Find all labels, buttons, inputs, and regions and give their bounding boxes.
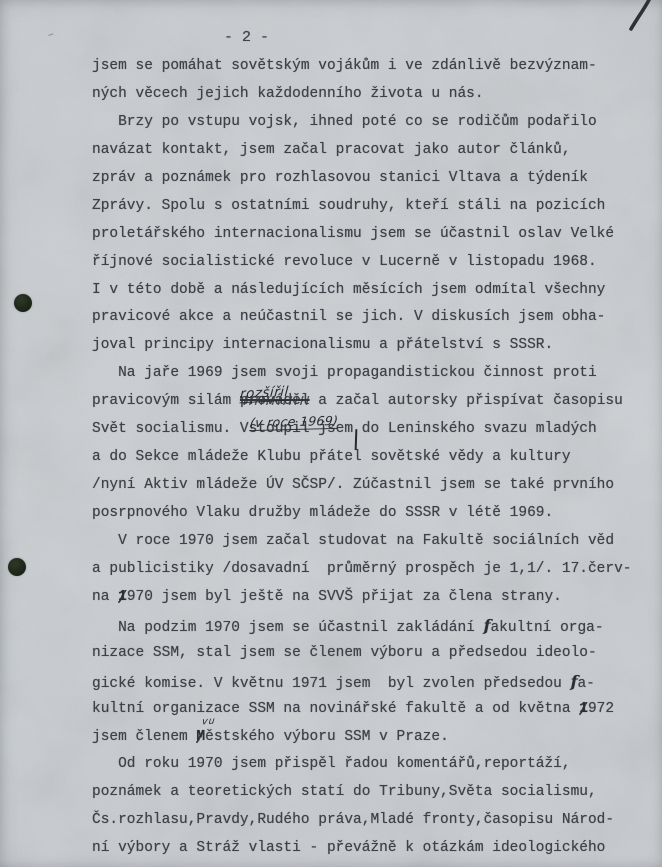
typed-line: V roce 1970 jsem začal studovat na Fakul… bbox=[92, 528, 644, 556]
typed-line: a publicistiky /dosavadní průměrný prosp… bbox=[92, 556, 644, 584]
typed-line: posrpnového Vlaku družby mládeže do SSSR… bbox=[92, 500, 644, 528]
typed-segment: 972 bbox=[588, 701, 614, 717]
typed-segment: poznámek a teoretických statí do Tribuny… bbox=[92, 784, 597, 800]
handwritten-insertion-v-roce-1969: (v roce 1969) bbox=[249, 413, 339, 431]
typed-line: Brzy po vstupu vojsk, ihned poté co se r… bbox=[92, 109, 644, 137]
typed-line: I v této době a následujících měsících j… bbox=[92, 277, 644, 305]
typed-segment: akultní orga- bbox=[490, 620, 603, 636]
typed-line: Na jaře 1969 jsem svoji propagandisticko… bbox=[92, 360, 644, 388]
typed-line: zpráv a poznámek pro rozhlasovou stanici… bbox=[92, 165, 644, 193]
typed-segment: posrpnového Vlaku družby mládeže do SSSR… bbox=[92, 505, 553, 521]
page-number: - 2 - bbox=[224, 29, 269, 46]
typed-segment: a začal autorsky přispívat časopisu bbox=[310, 393, 623, 409]
punch-hole-upper bbox=[14, 294, 32, 312]
typed-segment: kultní organizace SSM na novinářské faku… bbox=[92, 701, 579, 717]
typed-segment: V roce 1970 jsem začal studovat na Fakul… bbox=[92, 533, 614, 549]
typed-segment: nizace SSM, stal jsem se členem výboru a… bbox=[92, 645, 597, 661]
typed-segment: ných věcech jejich každodenního života u… bbox=[92, 86, 484, 102]
typed-line: proletářského internacionalismu jsem se … bbox=[92, 221, 644, 249]
typed-line: na 1970 jsem byl ještě na SVVŠ přijat za… bbox=[92, 584, 644, 612]
typed-line: Zprávy. Spolu s ostatními soudruhy, kteř… bbox=[92, 193, 644, 221]
pen-stroke-icon bbox=[562, 0, 662, 42]
typed-segment: pravicové akce a neúčastnil se jich. V d… bbox=[92, 309, 605, 325]
typed-segment: I v této době a následujících měsících j… bbox=[92, 282, 605, 298]
typed-line: navázat kontakt, jsem začal pracovat jak… bbox=[92, 137, 644, 165]
typed-segment: /nyní Aktiv mládeže ÚV SČSP/. Zúčastnil … bbox=[92, 477, 614, 493]
typed-line: pravicové akce a neúčastnil se jich. V d… bbox=[92, 304, 644, 332]
typed-segment: gické komise. V květnu 1971 jsem byl zvo… bbox=[92, 676, 571, 692]
typed-line: jsem se pomáhat sovětským vojákům i ve z… bbox=[92, 53, 644, 81]
handwritten-correction-rozsiril: rozšířil bbox=[239, 384, 289, 404]
typed-segment: pravicovým silám bbox=[92, 393, 240, 409]
scanned-page: { "page": { "number_label": "- 2 -", "pa… bbox=[0, 0, 662, 867]
typed-segment: a publicistiky /dosavadní průměrný prosp… bbox=[92, 561, 632, 577]
typed-line: kultní organizace SSM na novinářské faku… bbox=[92, 696, 644, 724]
typed-segment: Svět socialismu. Vstoupil jsem do Lenins… bbox=[92, 421, 597, 437]
typed-segment: Zprávy. Spolu s ostatními soudruhy, kteř… bbox=[92, 198, 605, 214]
typed-segment: a do Sekce mládeže Klubu přátel sovětské… bbox=[92, 449, 571, 465]
typed-line: ní výbory a Stráž vlasti - převážně k ot… bbox=[92, 835, 644, 863]
typed-segment: navázat kontakt, jsem začal pracovat jak… bbox=[92, 142, 571, 158]
typed-segment: proletářského internacionalismu jsem se … bbox=[92, 226, 614, 242]
typed-segment: zpráv a poznámek pro rozhlasovou stanici… bbox=[92, 170, 588, 186]
typed-line: /nyní Aktiv mládeže ÚV SČSP/. Zúčastnil … bbox=[92, 472, 644, 500]
typed-segment: Čs.rozhlasu,Pravdy,Rudého práva,Mladé fr… bbox=[92, 812, 614, 828]
typed-line: a do Sekce mládeže Klubu přátel sovětské… bbox=[92, 444, 644, 472]
punch-hole-lower bbox=[8, 558, 26, 576]
typed-line: Od roku 1970 jsem přispěl řadou komentář… bbox=[92, 751, 644, 779]
typed-segment-ow: 1 bbox=[579, 701, 588, 717]
typed-line: ných věcech jejich každodenního života u… bbox=[92, 81, 644, 109]
typed-segment: Na podzim 1970 jsem se účastnil zakládán… bbox=[92, 620, 484, 636]
typed-segment: Od roku 1970 jsem přispěl řadou komentář… bbox=[92, 756, 571, 772]
typed-segment-ow: M bbox=[196, 729, 205, 745]
typed-text: jsem se pomáhat sovětským vojákům i ve z… bbox=[92, 53, 644, 863]
typed-line: poznámek a teoretických statí do Tribuny… bbox=[92, 779, 644, 807]
typed-segment: 970 jsem byl ještě na SVVŠ přijat za čle… bbox=[127, 589, 562, 605]
typed-segment: Na jaře 1969 jsem svoji propagandisticko… bbox=[92, 365, 597, 381]
handwritten-mark-vu: vu bbox=[201, 715, 216, 727]
typed-line: nizace SSM, stal jsem se členem výboru a… bbox=[92, 640, 644, 668]
typed-segment: joval principy internacionalismu a přáte… bbox=[92, 337, 553, 353]
typed-segment: a- bbox=[577, 676, 594, 692]
typed-line: jsem členem Městského výboru SSM v Praze… bbox=[92, 724, 644, 752]
typed-segment: na bbox=[92, 589, 118, 605]
typed-segment: jsem se pomáhat sovětským vojákům i ve z… bbox=[92, 58, 597, 74]
typed-segment: Brzy po vstupu vojsk, ihned poté co se r… bbox=[92, 114, 597, 130]
typed-line: joval principy internacionalismu a přáte… bbox=[92, 332, 644, 360]
typed-segment-ow: 1 bbox=[118, 589, 127, 605]
typed-line: říjnové socialistické revoluce v Lucerně… bbox=[92, 249, 644, 277]
typed-segment: říjnové socialistické revoluce v Lucerně… bbox=[92, 254, 597, 270]
typed-segment: ěstského výboru SSM v Praze. bbox=[205, 729, 449, 745]
typed-line: pravicovým silám prováděl a začal autors… bbox=[92, 388, 644, 416]
typed-segment: ní výbory a Stráž vlasti - převážně k ot… bbox=[92, 840, 605, 856]
typed-line: gické komise. V květnu 1971 jsem byl zvo… bbox=[92, 668, 644, 696]
typed-line: Na podzim 1970 jsem se účastnil zakládán… bbox=[92, 612, 644, 640]
typed-line: Čs.rozhlasu,Pravdy,Rudého práva,Mladé fr… bbox=[92, 807, 644, 835]
typed-line: Svět socialismu. Vstoupil jsem do Lenins… bbox=[92, 416, 644, 444]
typed-segment: jsem členem bbox=[92, 729, 196, 745]
